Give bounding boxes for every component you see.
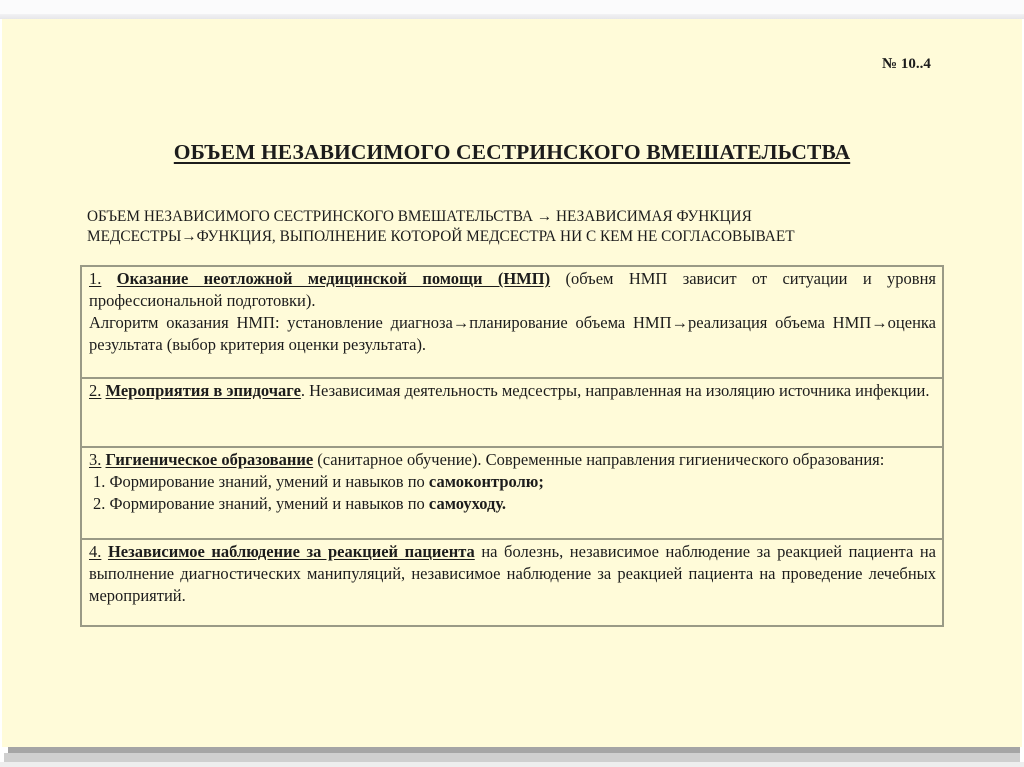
- row-text: (санитарное обучение). Современные напра…: [313, 450, 884, 469]
- row-algorithm-text: Алгоритм оказания НМП: установление диаг…: [89, 312, 936, 356]
- row-heading: Независимое наблюдение за реакцией пацие…: [108, 542, 475, 561]
- table-row-hygiene-education: 3. Гигиеническое образование (санитарное…: [82, 448, 942, 540]
- slide: № 10..4 ОБЪЕМ НЕЗАВИСИМОГО СЕСТРИНСКОГО …: [2, 19, 1022, 747]
- row-number: 4.: [89, 542, 101, 561]
- definition-line-2: МЕДСЕСТРЫ→ФУНКЦИЯ, ВЫПОЛНЕНИЕ КОТОРОЙ МЕ…: [87, 227, 937, 247]
- row-number: 3.: [89, 450, 101, 469]
- list-item-text: 1. Формирование знаний, умений и навыков…: [93, 472, 429, 491]
- row-number: 1.: [89, 269, 101, 288]
- row-text: . Независимая деятельность медсестры, на…: [301, 381, 930, 400]
- list-item: 2. Формирование знаний, умений и навыков…: [89, 493, 936, 515]
- table-row-patient-observation: 4. Независимое наблюдение за реакцией па…: [82, 540, 942, 625]
- list-item-bold: самоуходу.: [429, 494, 506, 513]
- list-item-text: 2. Формирование знаний, умений и навыков…: [93, 494, 429, 513]
- content-table: 1. Оказание неотложной медицинской помощ…: [80, 265, 944, 627]
- row-number: 2.: [89, 381, 101, 400]
- definition-text: ОБЪЕМ НЕЗАВИСИМОГО СЕСТРИНСКОГО ВМЕШАТЕЛ…: [87, 207, 937, 247]
- window-top-strip: [0, 0, 1024, 15]
- row-heading: Оказание неотложной медицинской помощи (…: [117, 269, 550, 288]
- row-heading: Мероприятия в эпидочаге: [106, 381, 301, 400]
- list-item: 1. Формирование знаний, умений и навыков…: [89, 471, 936, 493]
- slide-number: № 10..4: [882, 56, 931, 73]
- slide-title: ОБЪЕМ НЕЗАВИСИМОГО СЕСТРИНСКОГО ВМЕШАТЕЛ…: [2, 140, 1022, 165]
- table-row-emergency-care: 1. Оказание неотложной медицинской помощ…: [82, 267, 942, 379]
- row-heading: Гигиеническое образование: [106, 450, 314, 469]
- list-item-bold: самоконтролю;: [429, 472, 544, 491]
- definition-line-1: ОБЪЕМ НЕЗАВИСИМОГО СЕСТРИНСКОГО ВМЕШАТЕЛ…: [87, 207, 937, 227]
- window-bottom-strip: [0, 762, 1024, 767]
- slide-bottom-shadow-outer: [4, 753, 1020, 762]
- table-row-epidemic-focus: 2. Мероприятия в эпидочаге. Независимая …: [82, 379, 942, 448]
